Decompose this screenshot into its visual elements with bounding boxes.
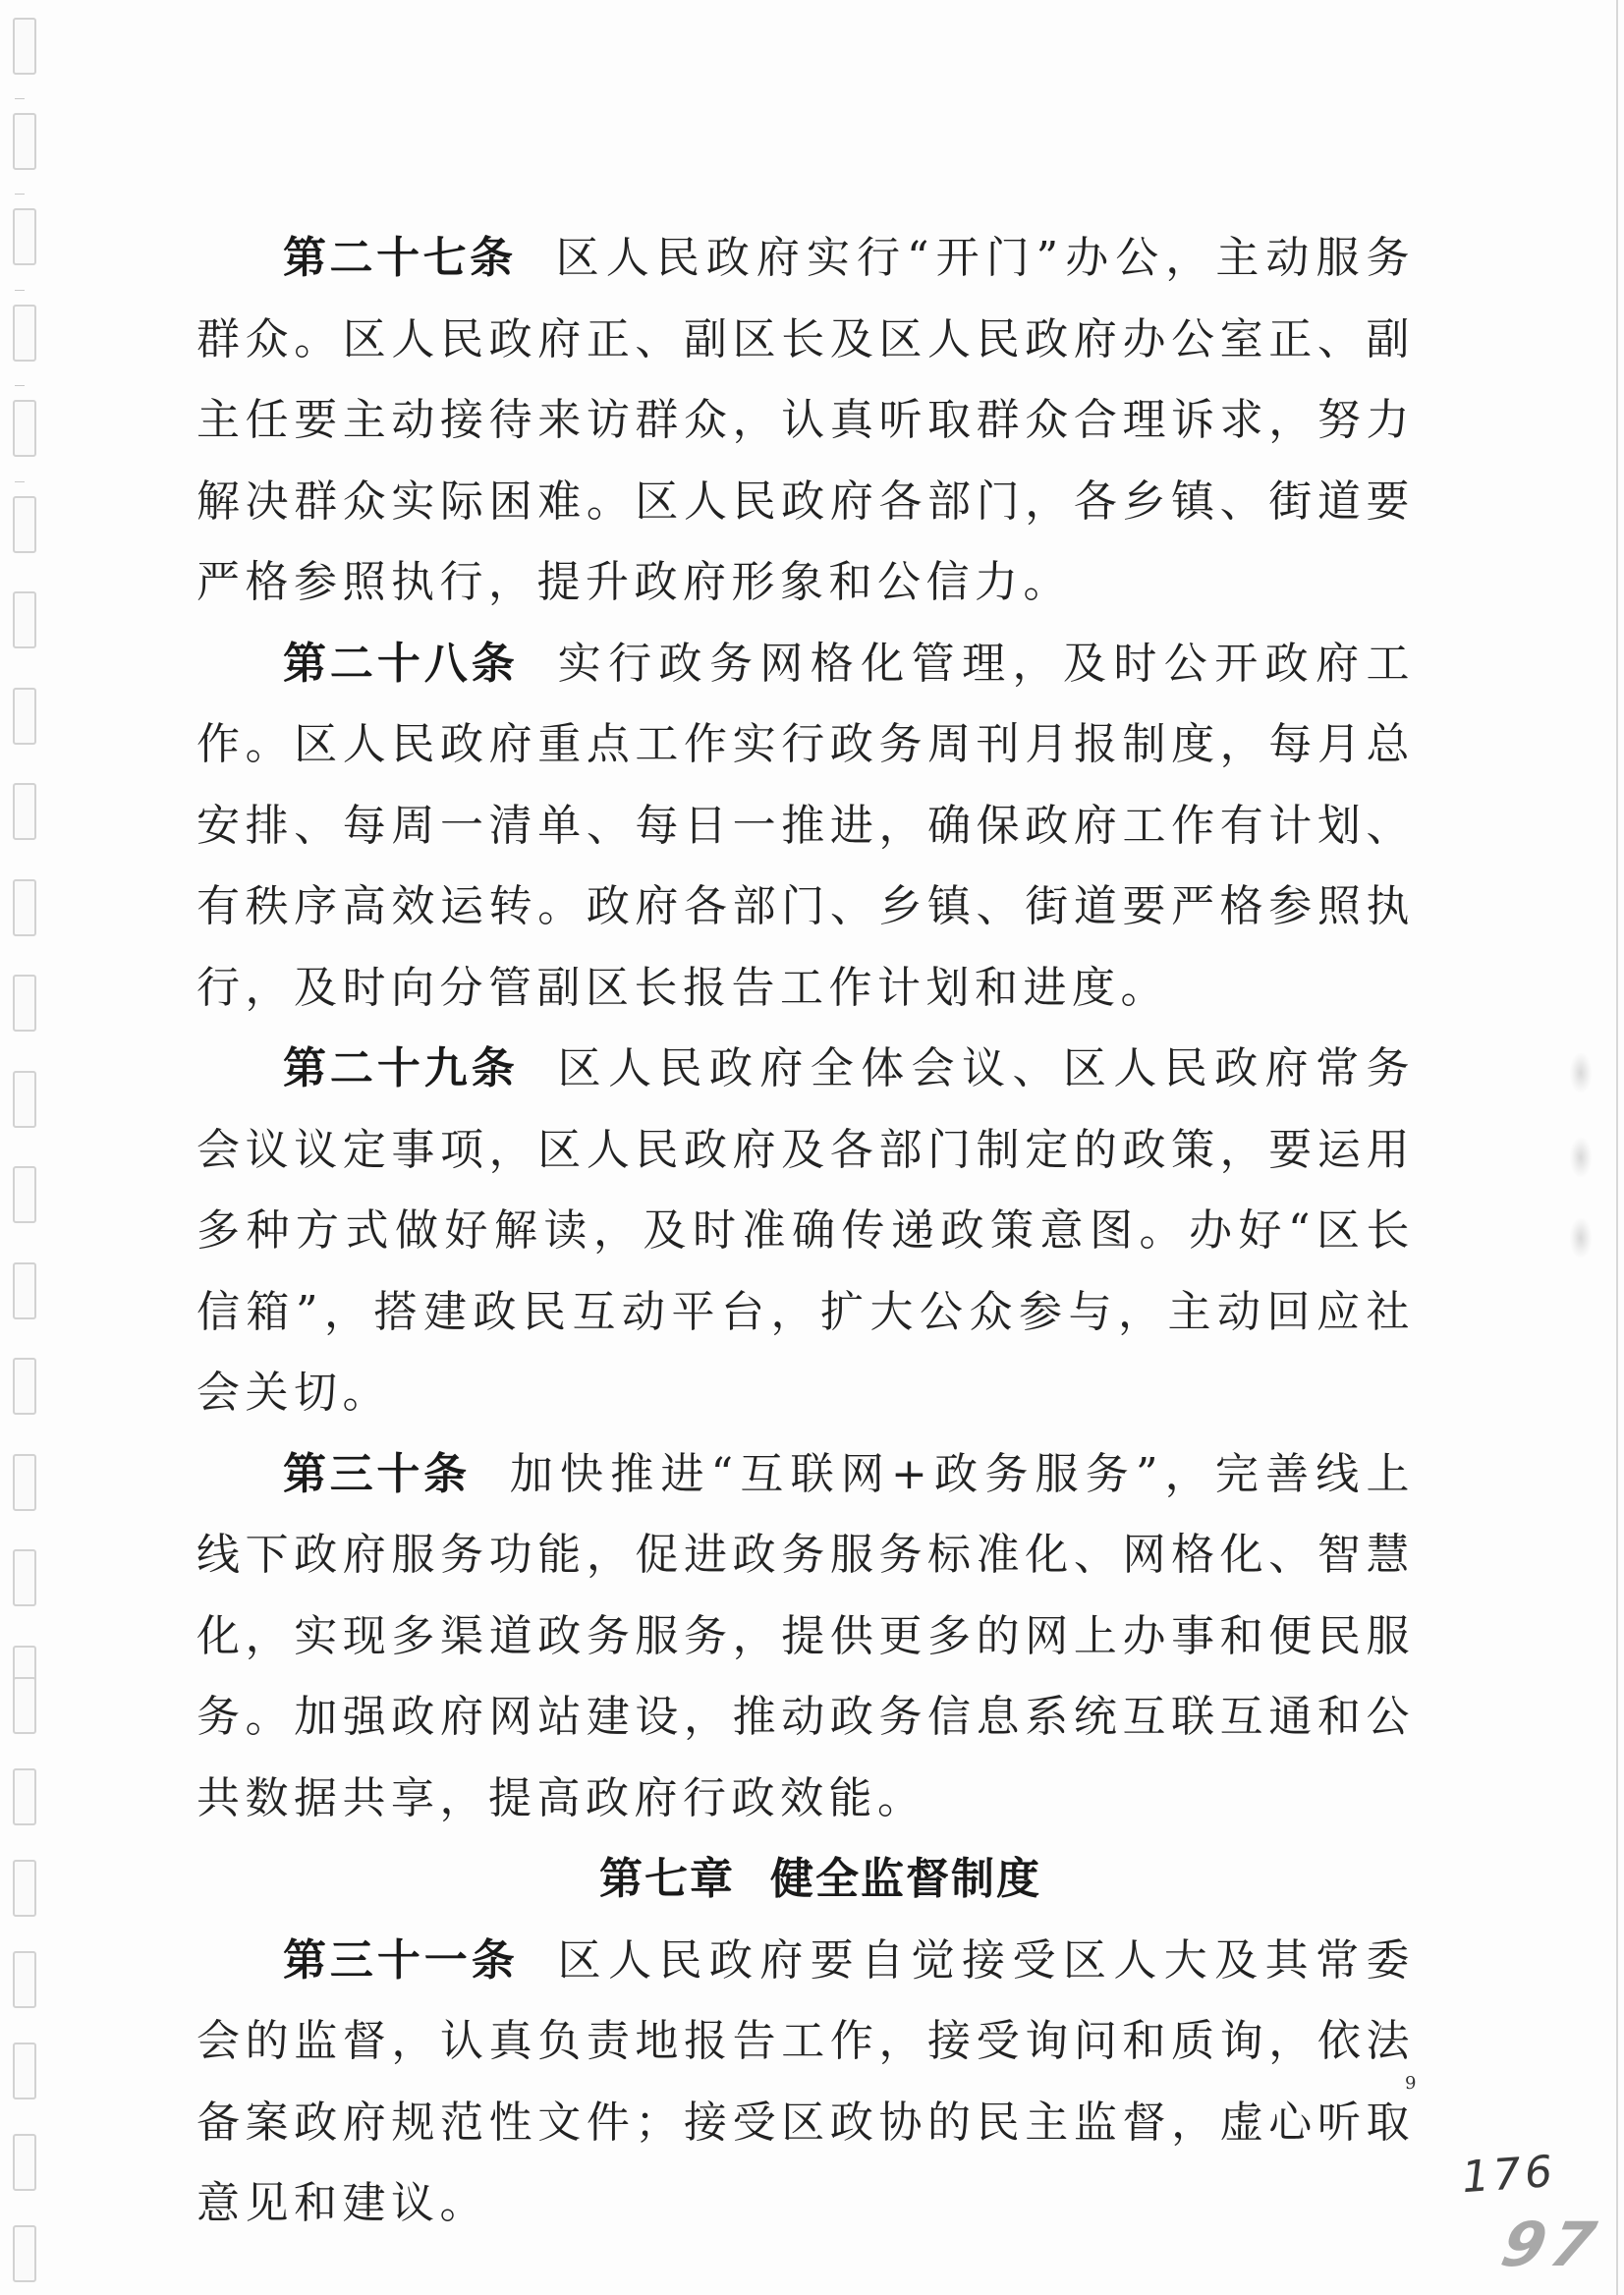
page-number: 9 xyxy=(1405,2073,1416,2094)
binding-hole xyxy=(13,208,36,265)
binding-hole xyxy=(13,879,36,936)
binding-hole xyxy=(13,2134,36,2191)
article-text: 区人民政府全体会议、区人民政府常务会议议定事项，区人民政府及各部门制定的政策，要… xyxy=(196,1043,1415,1418)
article-label: 第二十七条 xyxy=(283,233,517,283)
article-text: 加快推进“互联网+政务服务”，完善线上线下政府服务功能，促进政务服务标准化、网格… xyxy=(196,1449,1415,1823)
scan-smudge xyxy=(1570,1218,1592,1258)
binding-tick xyxy=(15,98,25,99)
binding-hole xyxy=(13,113,36,170)
binding-tick xyxy=(15,290,25,291)
binding-hole xyxy=(13,1549,36,1606)
article-label: 第二十八条 xyxy=(283,639,519,689)
binding-hole xyxy=(13,18,36,75)
article-label: 第二十九条 xyxy=(283,1043,519,1093)
binding-hole xyxy=(13,1768,36,1825)
binding-hole xyxy=(13,783,36,840)
article-30: 第三十条加快推进“互联网+政务服务”，完善线上线下政府服务功能，促进政务服务标准… xyxy=(196,1434,1415,1840)
article-29: 第二十九条区人民政府全体会议、区人民政府常务会议议定事项，区人民政府及各部门制定… xyxy=(196,1029,1415,1434)
article-label: 第三十一条 xyxy=(283,1935,519,1986)
article-27: 第二十七条区人民政府实行“开门”办公，主动服务群众。区人民政府正、副区长及区人民… xyxy=(196,218,1415,624)
scan-smudge xyxy=(1570,1053,1592,1092)
binding-hole xyxy=(13,1358,36,1415)
handwritten-pencil-number: 97 xyxy=(1495,2209,1607,2280)
binding-hole xyxy=(13,1071,36,1128)
scanned-page: 第二十七条区人民政府实行“开门”办公，主动服务群众。区人民政府正、副区长及区人民… xyxy=(0,0,1624,2295)
chapter-number: 第七章 xyxy=(599,1854,735,1904)
article-text: 实行政务网格化管理，及时公开政府工作。区人民政府重点工作实行政务周刊月报制度，每… xyxy=(196,639,1415,1013)
binding-hole xyxy=(13,496,36,553)
handwritten-folio-number: 176 xyxy=(1460,2147,1557,2204)
page-edge-line xyxy=(1616,0,1618,2295)
document-body: 第二十七条区人民政府实行“开门”办公，主动服务群众。区人民政府正、副区长及区人民… xyxy=(196,218,1415,2245)
article-28: 第二十八条实行政务网格化管理，及时公开政府工作。区人民政府重点工作实行政务周刊月… xyxy=(196,624,1415,1030)
article-text: 区人民政府实行“开门”办公，主动服务群众。区人民政府正、副区长及区人民政府办公室… xyxy=(196,233,1415,607)
binding-tick xyxy=(15,385,25,386)
binding-hole xyxy=(13,1860,36,1917)
binding-hole xyxy=(13,2043,36,2099)
article-label: 第三十条 xyxy=(283,1449,471,1499)
binding-hole xyxy=(13,1454,36,1511)
binding-tick xyxy=(15,481,25,482)
binding-hole xyxy=(13,1262,36,1319)
binding-hole xyxy=(13,688,36,745)
binding-hole xyxy=(13,1166,36,1223)
chapter-heading: 第七章健全监督制度 xyxy=(196,1839,1415,1921)
binding-hole xyxy=(13,400,36,457)
article-31: 第三十一条区人民政府要自觉接受区人大及其常委会的监督，认真负责地报告工作，接受询… xyxy=(196,1921,1415,2245)
binding-hole xyxy=(13,1677,36,1734)
binding-hole xyxy=(13,975,36,1032)
scan-smudge xyxy=(1570,1138,1592,1177)
chapter-title-text: 健全监督制度 xyxy=(770,1854,1041,1904)
binding-tick xyxy=(15,194,25,195)
binding-hole xyxy=(13,305,36,362)
binding-hole xyxy=(13,2225,36,2282)
binding-hole xyxy=(13,1951,36,2008)
binding-hole xyxy=(13,591,36,648)
